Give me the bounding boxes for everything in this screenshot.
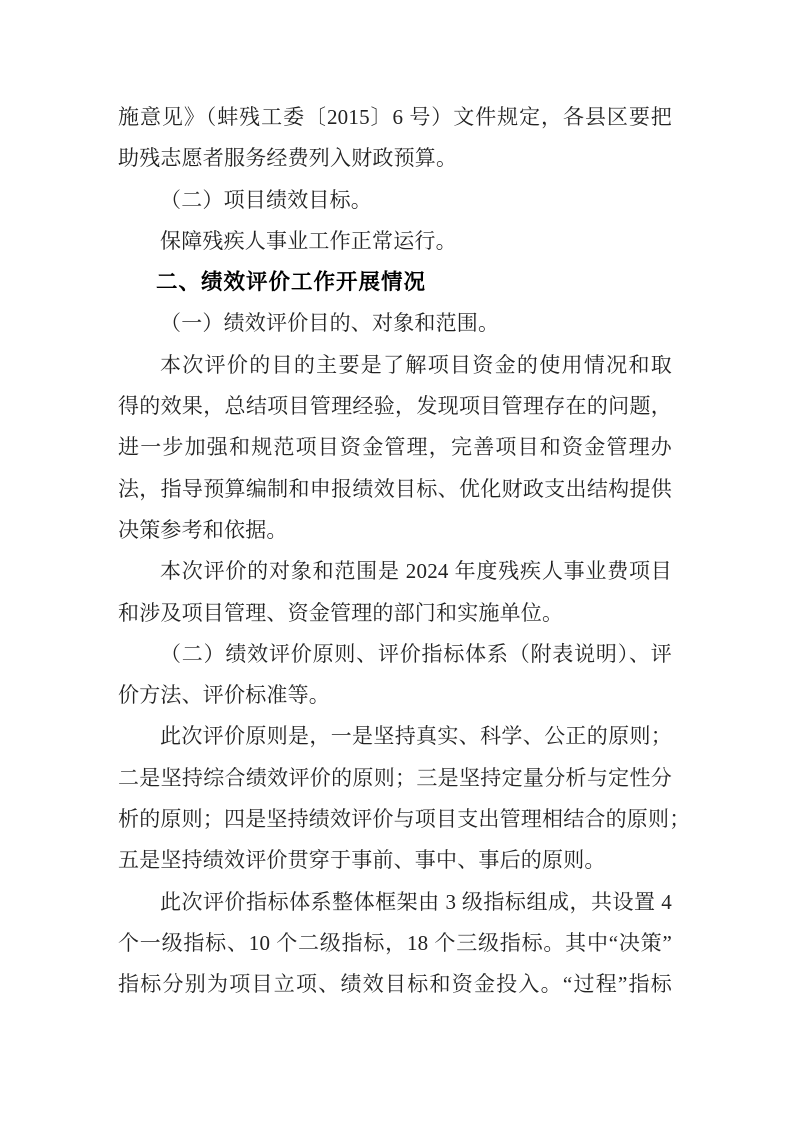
text-line: 本次评价的对象和范围是 2024 年度残疾人事业费项目 — [118, 551, 672, 592]
text-line: 得的效果，总结项目管理经验，发现项目管理存在的问题， — [118, 386, 672, 427]
text-line: （一）绩效评价目的、对象和范围。 — [118, 303, 672, 344]
para-indicator-system: 此次评价指标体系整体框架由 3 级指标组成，共设置 4个一级指标、10 个二级指… — [118, 882, 672, 1006]
text-line: 本次评价的目的主要是了解项目资金的使用情况和取 — [118, 345, 672, 386]
text-line: 和涉及项目管理、资金管理的部门和实施单位。 — [118, 593, 672, 634]
text-line: 二是坚持综合绩效评价的原则；三是坚持定量分析与定性分 — [118, 758, 672, 799]
para-subheading-project-performance-goal: （二）项目绩效目标。 — [118, 180, 672, 221]
document-content: 施意见》（蚌残工委〔2015〕6 号）文件规定，各县区要把助残志愿者服务经费列入… — [118, 97, 672, 1006]
text-line: 进一步加强和规范项目资金管理，完善项目和资金管理办 — [118, 427, 672, 468]
text-line: 个一级指标、10 个二级指标，18 个三级指标。其中“决策” — [118, 923, 672, 964]
para-evaluation-purpose: 本次评价的目的主要是了解项目资金的使用情况和取得的效果，总结项目管理经验，发现项… — [118, 345, 672, 551]
text-line: 保障残疾人事业工作正常运行。 — [118, 221, 672, 262]
text-line: 助残志愿者服务经费列入财政预算。 — [118, 138, 672, 179]
document-page: 施意见》（蚌残工委〔2015〕6 号）文件规定，各县区要把助残志愿者服务经费列入… — [0, 0, 793, 1122]
text-line: 法，指导预算编制和申报绩效目标、优化财政支出结构提供 — [118, 469, 672, 510]
heading-line: 二、绩效评价工作开展情况 — [118, 262, 672, 303]
para-subheading-purpose-scope: （一）绩效评价目的、对象和范围。 — [118, 303, 672, 344]
para-evaluation-scope: 本次评价的对象和范围是 2024 年度残疾人事业费项目和涉及项目管理、资金管理的… — [118, 551, 672, 634]
text-line: 价方法、评价标准等。 — [118, 675, 672, 716]
text-line: （二）项目绩效目标。 — [118, 180, 672, 221]
text-line: 五是坚持绩效评价贯穿于事前、事中、事后的原则。 — [118, 840, 672, 881]
para-project-goal: 保障残疾人事业工作正常运行。 — [118, 221, 672, 262]
para-evaluation-principles: 此次评价原则是，一是坚持真实、科学、公正的原则；二是坚持综合绩效评价的原则；三是… — [118, 716, 672, 881]
text-line: 施意见》（蚌残工委〔2015〕6 号）文件规定，各县区要把 — [118, 97, 672, 138]
text-line: 此次评价原则是，一是坚持真实、科学、公正的原则； — [118, 716, 672, 757]
para-subheading-principles-system: （二）绩效评价原则、评价指标体系（附表说明）、评价方法、评价标准等。 — [118, 634, 672, 717]
heading-section-two: 二、绩效评价工作开展情况 — [118, 262, 672, 303]
text-line: 此次评价指标体系整体框架由 3 级指标组成，共设置 4 — [118, 882, 672, 923]
text-line: （二）绩效评价原则、评价指标体系（附表说明）、评 — [118, 634, 672, 675]
text-line: 析的原则；四是坚持绩效评价与项目支出管理相结合的原则； — [118, 799, 672, 840]
para-funding-regulation-continued: 施意见》（蚌残工委〔2015〕6 号）文件规定，各县区要把助残志愿者服务经费列入… — [118, 97, 672, 180]
text-line: 指标分别为项目立项、绩效目标和资金投入。“过程”指标 — [118, 964, 672, 1005]
text-line: 决策参考和依据。 — [118, 510, 672, 551]
